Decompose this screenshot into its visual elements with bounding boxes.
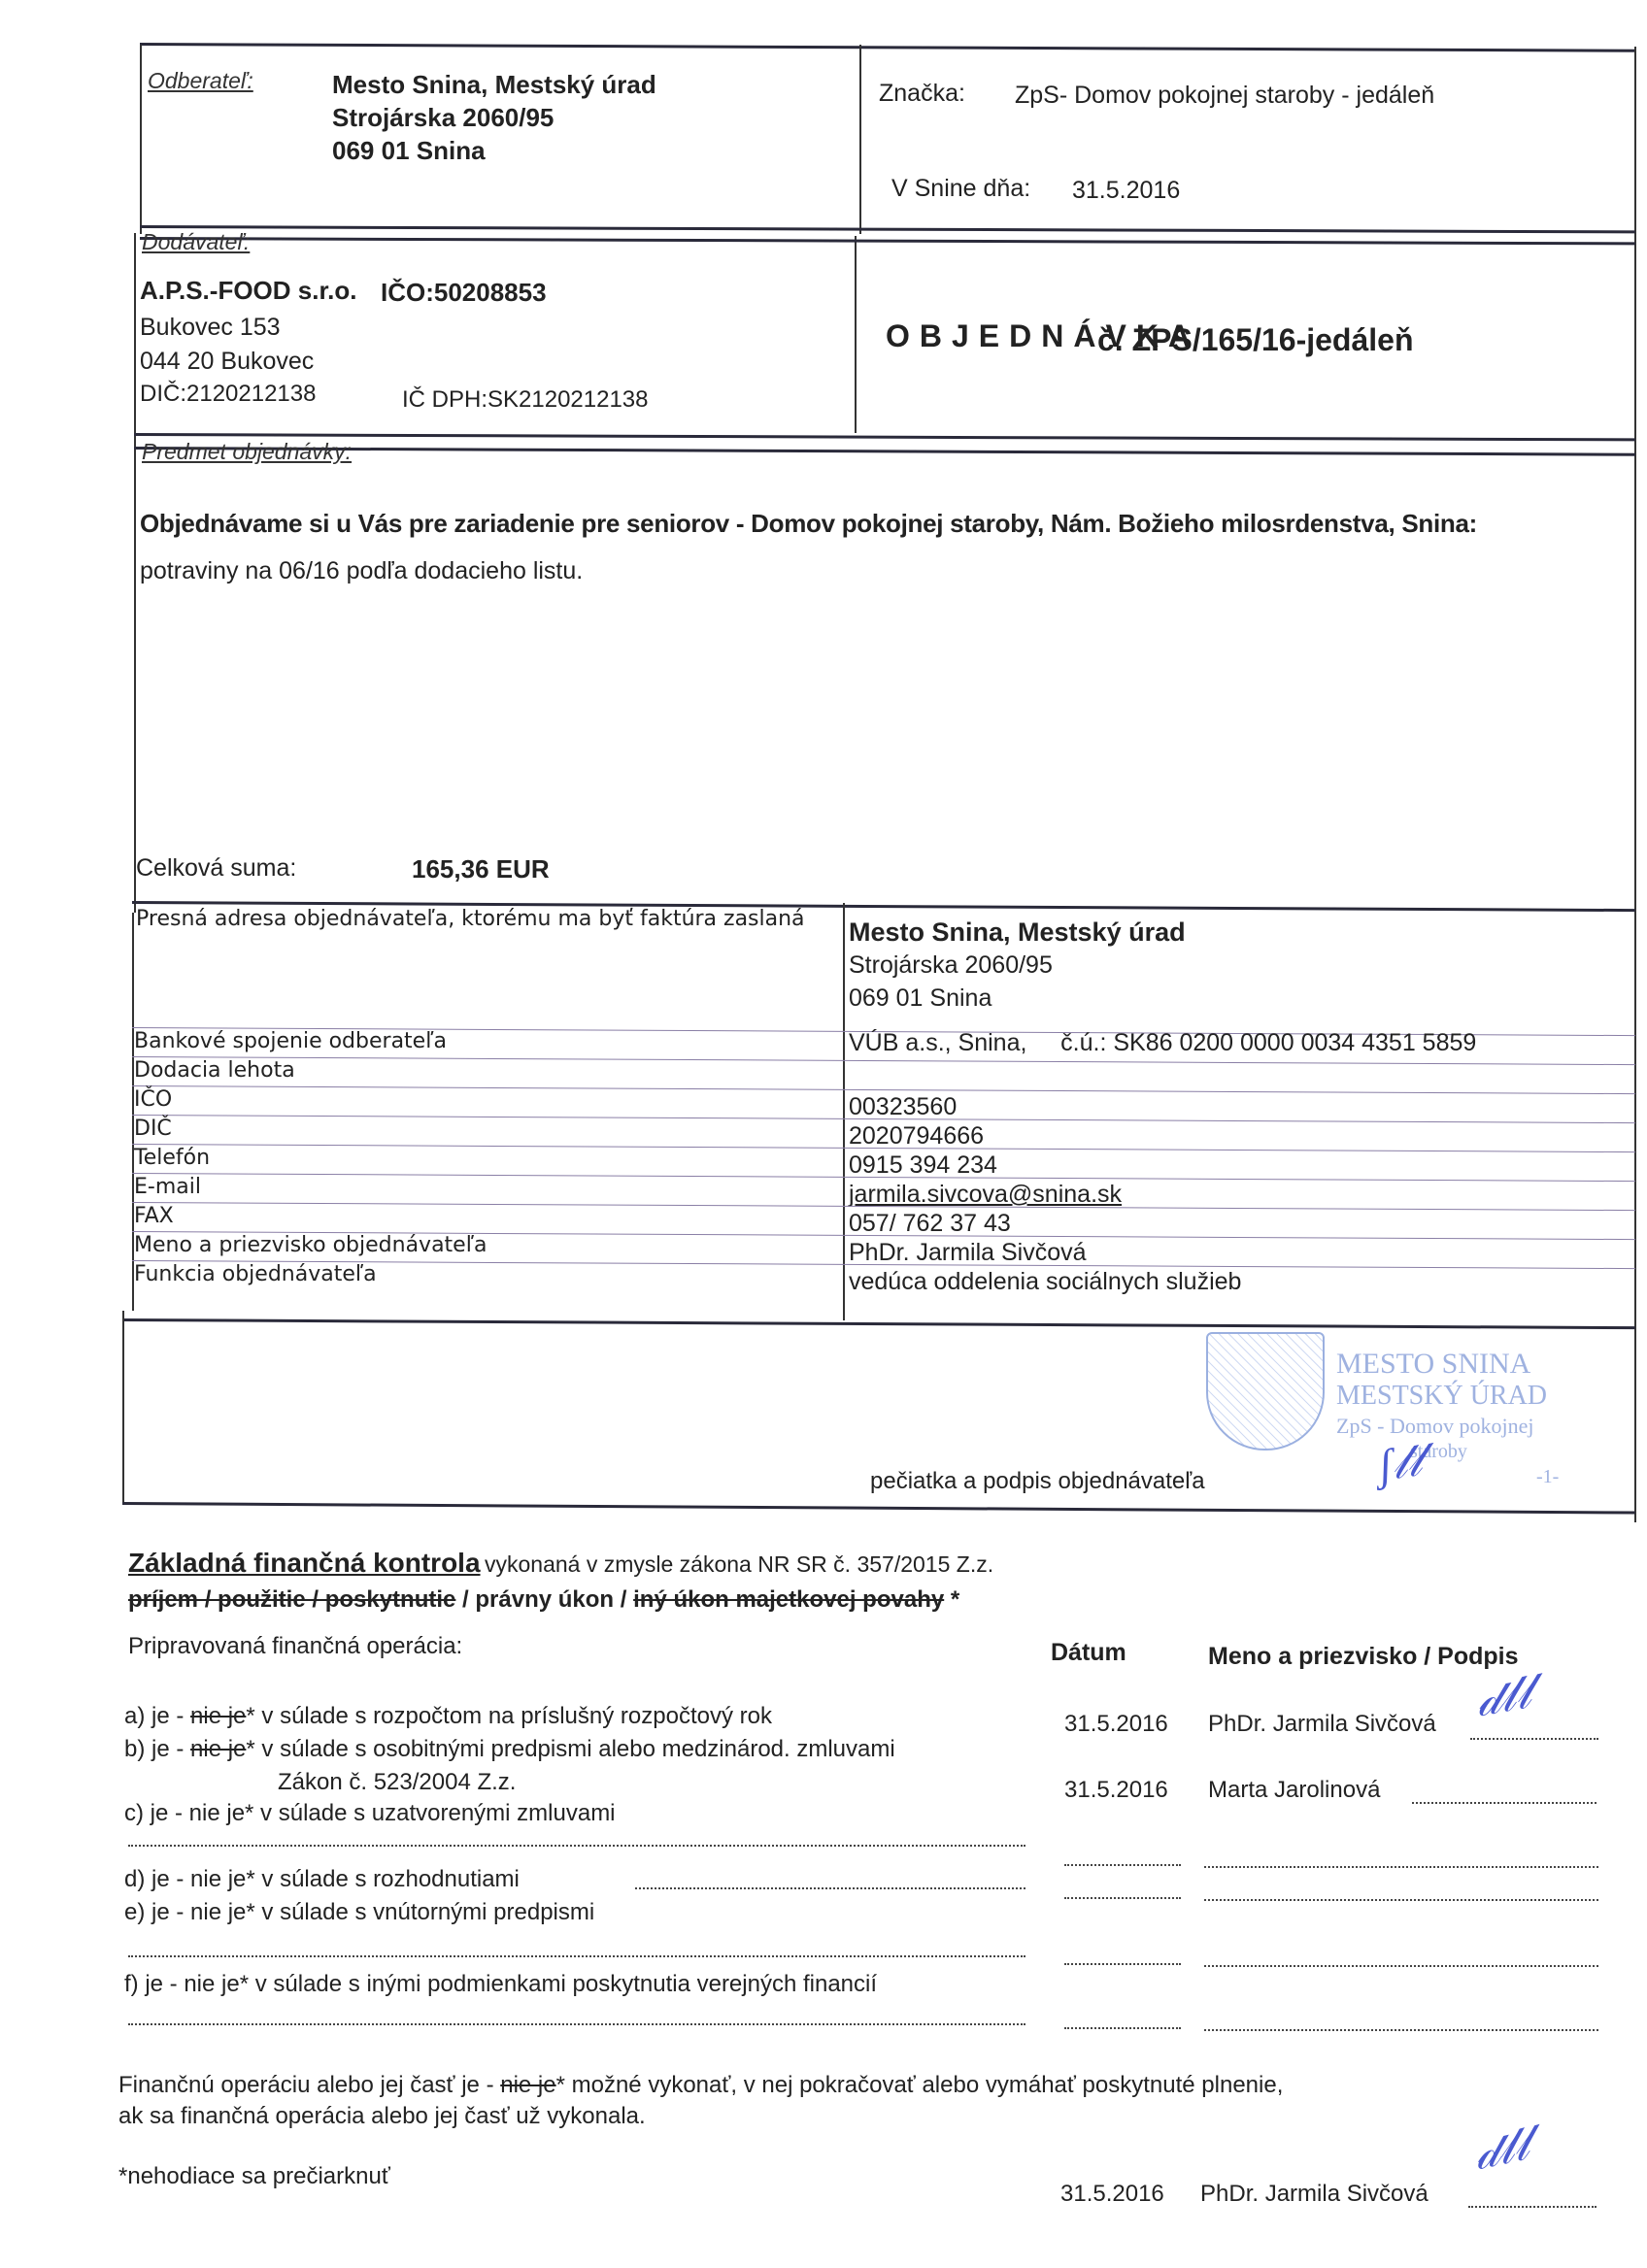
total-label: Celková suma: xyxy=(136,854,296,883)
control-types-kept: právny úkon xyxy=(475,1586,614,1613)
item-b-prefix: b) je - xyxy=(124,1736,190,1762)
details-divider xyxy=(843,903,845,1320)
name-dots-e xyxy=(1204,1965,1598,1967)
details-row-value: vedúca oddelenia sociálnych služieb xyxy=(849,1268,1241,1296)
frame-left xyxy=(140,45,142,234)
control-types-star: * xyxy=(944,1586,959,1613)
details-row-value: VÚB a.s., Snina, č.ú.: SK86 0200 0000 00… xyxy=(849,1029,1476,1057)
signature-1: 𝒹𝓁𝓁 xyxy=(1472,1666,1535,1729)
control-heading: Základná finančná kontrola xyxy=(128,1548,481,1578)
details-row-value: 0915 394 234 xyxy=(849,1151,997,1180)
item-a-prefix: a) je - xyxy=(124,1703,190,1729)
details-row-label: DIČ xyxy=(134,1117,172,1141)
control-heading-line: Základná finančná kontrola vykonaná v zm… xyxy=(128,1548,993,1579)
supplier-address-2: 044 20 Bukovec xyxy=(140,348,314,376)
signature-name-2: Marta Jarolinová xyxy=(1208,1777,1380,1804)
control-types-line: príjem / použitie / poskytnutie / právny… xyxy=(128,1586,959,1614)
control-item-b-law: Zákon č. 523/2004 Z.z. xyxy=(278,1769,516,1796)
mark-value: ZpS- Domov pokojnej staroby - jedáleň xyxy=(1015,82,1434,110)
name-dots-f xyxy=(1204,2029,1598,2031)
divider-6 xyxy=(124,1318,1635,1329)
order-number: č. ZPS/165/16-jedáleň xyxy=(1097,322,1414,358)
item-b-struck: nie je xyxy=(190,1736,246,1762)
conclusion-prefix: Finančnú operáciu alebo jej časť je - xyxy=(118,2072,500,2098)
details-row-label: Dodacia lehota xyxy=(134,1058,295,1083)
control-item-a: a) je - nie je* v súlade s rozpočtom na … xyxy=(124,1703,772,1730)
control-item-f: f) je - nie je* v súlade s inými podmien… xyxy=(124,1971,877,1998)
frame-right xyxy=(1634,47,1636,1522)
details-row-divider xyxy=(132,1056,1635,1065)
conclusion-line-1: Finančnú operáciu alebo jej časť je - ni… xyxy=(118,2072,1283,2099)
item-e-dotline xyxy=(128,1955,1025,1957)
date-dots-d xyxy=(1064,1897,1181,1899)
item-a-struck: nie je xyxy=(190,1703,246,1729)
subject-main-text: Objednávame si u Vás pre zariadenie pre … xyxy=(140,509,1477,539)
invoice-address-name: Mesto Snina, Mestský úrad xyxy=(849,917,1186,948)
control-item-c: c) je - nie je* v súlade s uzatvorenými … xyxy=(124,1800,616,1827)
conclusion-rest: * možné vykonať, v nej pokračovať alebo … xyxy=(556,2072,1284,2098)
mark-label: Značka: xyxy=(879,80,965,108)
invoice-address-street: Strojárska 2060/95 xyxy=(849,951,1053,980)
signature-date-1: 31.5.2016 xyxy=(1064,1711,1168,1738)
conclusion-struck: nie je xyxy=(500,2072,555,2098)
subject-label: Predmet objednávky: xyxy=(142,439,352,465)
frame-left-4 xyxy=(122,1311,124,1505)
name-dots-c xyxy=(1204,1866,1598,1868)
total-value: 165,36 EUR xyxy=(412,854,550,884)
supplier-label: Dodávateľ: xyxy=(142,229,250,255)
date-label: V Snine dňa: xyxy=(891,175,1030,203)
details-row-label: Telefón xyxy=(134,1146,210,1170)
item-d-dotline xyxy=(635,1887,1025,1889)
divider-7 xyxy=(122,1502,1635,1515)
control-types-sep-1: / xyxy=(455,1586,475,1613)
supplier-name: A.P.S.-FOOD s.r.o. xyxy=(140,276,356,306)
supplier-address-1: Bukovec 153 xyxy=(140,314,281,342)
customer-street: Strojárska 2060/95 xyxy=(332,103,554,133)
details-row-label: Funkcia objednávateľa xyxy=(134,1262,377,1286)
details-row-label: E-mail xyxy=(134,1175,201,1199)
final-date: 31.5.2016 xyxy=(1060,2181,1164,2208)
signature-date-2: 31.5.2016 xyxy=(1064,1777,1168,1804)
details-row-value: 057/ 762 37 43 xyxy=(849,1210,1011,1238)
conclusion-line-2: ak sa finančná operácia alebo jej časť u… xyxy=(118,2103,646,2130)
signature-dots-2 xyxy=(1412,1802,1597,1804)
divider-4 xyxy=(134,447,1635,456)
date-value: 31.5.2016 xyxy=(1072,177,1180,205)
divider-3 xyxy=(134,433,1635,441)
item-c-dotline xyxy=(128,1845,1025,1847)
official-stamp-emblem xyxy=(1206,1332,1325,1451)
divider-2 xyxy=(140,237,1635,245)
name-dots-d xyxy=(1204,1899,1598,1901)
details-row-value: PhDr. Jarmila Sivčová xyxy=(849,1239,1087,1267)
footnote: *nehodiace sa prečiarknuť xyxy=(118,2163,390,2190)
signature-final: 𝒹𝓁𝓁 xyxy=(1469,2118,1534,2182)
frame-top xyxy=(140,43,1635,52)
details-row-value: 00323560 xyxy=(849,1093,957,1121)
email-link[interactable]: jarmila.sivcova@snina.sk xyxy=(849,1181,1122,1209)
details-row-label: IČO xyxy=(134,1087,172,1112)
stamp-line-3: ZpS - Domov pokojnej xyxy=(1336,1414,1534,1439)
frame-left-2 xyxy=(134,233,136,913)
details-row-value: 2020794666 xyxy=(849,1122,984,1151)
stamp-line-5: -1- xyxy=(1536,1466,1559,1488)
details-row-label: Bankové spojenie odberateľa xyxy=(134,1029,447,1053)
stamp-line-1: MESTO SNINA xyxy=(1336,1348,1530,1381)
stamp-line-2: MESTSKÝ ÚRAD xyxy=(1336,1381,1547,1412)
date-dots-f xyxy=(1064,2027,1181,2029)
customer-name: Mesto Snina, Mestský úrad xyxy=(332,70,656,100)
control-types-struck-1: príjem / použitie / poskytnutie xyxy=(128,1586,455,1613)
supplier-dic: DIČ:2120212138 xyxy=(140,381,316,408)
date-dots-c xyxy=(1064,1864,1181,1866)
item-a-rest: * v súlade s rozpočtom na príslušný rozp… xyxy=(246,1703,772,1729)
col-date-header: Dátum xyxy=(1051,1639,1126,1667)
signature-stamp: ʃ𝓁𝓁 xyxy=(1375,1434,1425,1493)
invoice-address-label: Presná adresa objednávateľa, ktorému ma … xyxy=(136,907,805,931)
subject-detail-text: potraviny na 06/16 podľa dodacieho listu… xyxy=(140,557,583,585)
control-item-d: d) je - nie je* v súlade s rozhodnutiami xyxy=(124,1866,520,1893)
details-row-label: FAX xyxy=(134,1204,174,1228)
order-divider xyxy=(855,236,857,433)
control-types-sep-2: / xyxy=(614,1586,633,1613)
stamp-caption: pečiatka a podpis objednávateľa xyxy=(870,1468,1205,1495)
operation-label: Pripravovaná finančná operácia: xyxy=(128,1633,462,1660)
signature-dots-1 xyxy=(1470,1738,1598,1740)
divider-1 xyxy=(140,225,1635,233)
date-dots-e xyxy=(1064,1963,1181,1965)
control-item-b: b) je - nie je* v súlade s osobitnými pr… xyxy=(124,1736,895,1763)
supplier-ic-dph: IČ DPH:SK2120212138 xyxy=(402,386,649,414)
signature-name-1: PhDr. Jarmila Sivčová xyxy=(1208,1711,1436,1738)
item-f-dotline xyxy=(128,2023,1025,2025)
customer-city: 069 01 Snina xyxy=(332,136,486,166)
col-name-header: Meno a priezvisko / Podpis xyxy=(1208,1643,1519,1671)
item-b-rest: * v súlade s osobitnými predpismi alebo … xyxy=(246,1736,894,1762)
details-row-label: Meno a priezvisko objednávateľa xyxy=(134,1233,487,1257)
invoice-address-city: 069 01 Snina xyxy=(849,984,992,1013)
supplier-ico: IČO:50208853 xyxy=(381,278,547,308)
final-name: PhDr. Jarmila Sivčová xyxy=(1200,2181,1429,2208)
header-divider xyxy=(859,45,861,234)
customer-label: Odberateľ: xyxy=(148,68,253,94)
control-types-struck-2: iný úkon majetkovej povahy xyxy=(633,1586,944,1613)
final-dots xyxy=(1468,2206,1597,2208)
control-item-e: e) je - nie je* v súlade s vnútornými pr… xyxy=(124,1899,594,1926)
control-heading-suffix: vykonaná v zmysle zákona NR SR č. 357/20… xyxy=(485,1551,993,1577)
